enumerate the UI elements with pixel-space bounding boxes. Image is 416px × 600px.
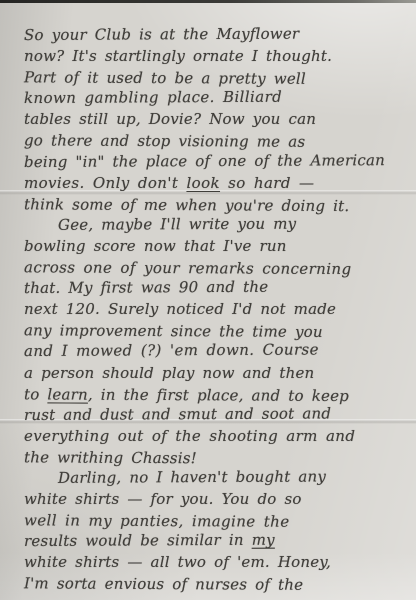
handwritten-line: rust and dust and smut and soot and bbox=[24, 403, 404, 426]
handwritten-line: known gambling place. Billiard bbox=[24, 86, 404, 109]
letter-page: So your Club is at the Mayflower now? It… bbox=[0, 0, 416, 600]
handwritten-line: So your Club is at the Mayflower bbox=[24, 23, 404, 46]
handwritten-line: results would be similar in my bbox=[24, 529, 404, 552]
handwritten-line: being "in" the place of one of the Ameri… bbox=[24, 150, 404, 173]
handwritten-line: everything out of the shooting arm and bbox=[24, 426, 404, 447]
handwritten-line: movies. Only don't look so hard — bbox=[24, 173, 404, 194]
handwritten-line: now? It's startlingly ornate I thought. bbox=[24, 46, 404, 67]
handwritten-line: Gee, maybe I'll write you my bbox=[24, 213, 404, 236]
handwritten-text: So your Club is at the Mayflower now? It… bbox=[24, 25, 404, 595]
handwritten-line: white shirts — all two of 'em. Honey, bbox=[24, 552, 404, 573]
handwritten-line: and I mowed (?) 'em down. Course bbox=[24, 339, 404, 362]
handwritten-line: I'm sorta envious of nurses of the bbox=[24, 574, 404, 597]
scan-edge bbox=[0, 0, 416, 3]
handwritten-line: Darling, no I haven't bought any bbox=[24, 466, 404, 489]
handwritten-line: tables still up, Dovie? Now you can bbox=[24, 109, 404, 130]
handwritten-line: bowling score now that I've run bbox=[24, 236, 404, 257]
handwritten-line: that. My first was 90 and the bbox=[24, 276, 404, 299]
handwritten-line: white shirts — for you. You do so bbox=[24, 489, 404, 510]
handwritten-line: a person should play now and then bbox=[24, 363, 404, 384]
handwritten-line: next 120. Surely noticed I'd not made bbox=[24, 299, 404, 320]
